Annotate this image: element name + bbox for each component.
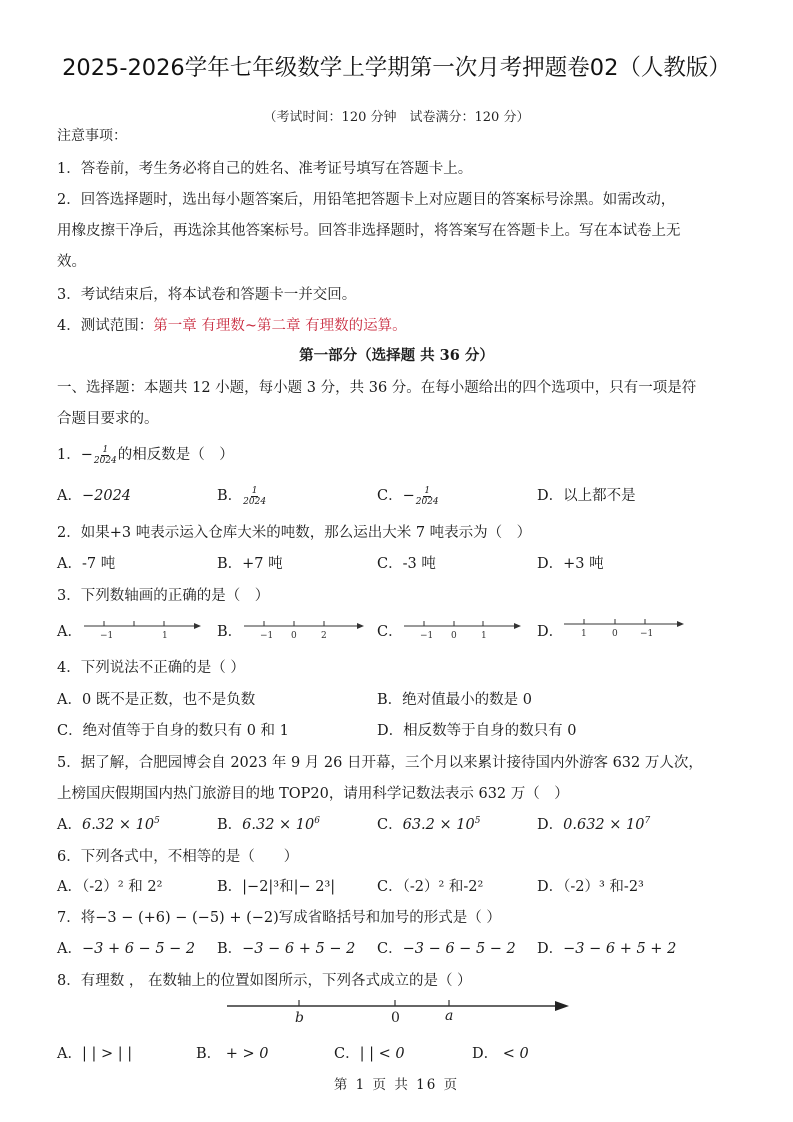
- question-7-stem: 7．将−3 − (+6) − (−5) + (−2)写成省略括号和加号的形式是（…: [57, 906, 501, 927]
- number-line-c: −1 0 1: [402, 616, 527, 644]
- svg-text:−1: −1: [100, 631, 113, 641]
- question-7-option-b: B．−3 − 6 + 5 − 2: [217, 937, 355, 958]
- svg-text:0: 0: [291, 631, 297, 641]
- question-5-stem-2: 上榜国庆假期国内热门旅游目的地 TOP20，请用科学记数法表示 632 万（ ）: [57, 782, 569, 803]
- question-2-option-d: D．+3 吨: [537, 552, 604, 573]
- question-8-option-a: A．| | > | |: [57, 1042, 132, 1063]
- question-3-option-d-label: D．: [537, 620, 563, 641]
- notice-item-3: 3．考试结束后，将本试卷和答题卡一并交回。: [57, 283, 356, 304]
- question-1-option-a: A．−2024: [57, 484, 131, 505]
- svg-text:0: 0: [612, 629, 618, 639]
- axis-label-zero: 0: [391, 1010, 400, 1026]
- question-8-option-c: C．| | < 0: [334, 1042, 405, 1063]
- question-8-option-b: B． + > 0: [196, 1042, 269, 1063]
- svg-text:−1: −1: [640, 629, 653, 639]
- scope-value: 第一章 有理数~第二章 有理数的运算。: [153, 318, 406, 334]
- question-6-option-b: B．|−2|³和|− 2³|: [217, 875, 335, 896]
- question-6-option-c: C．（-2）² 和-2²: [377, 875, 483, 896]
- question-4-option-c: C．绝对值等于自身的数只有 0 和 1: [57, 719, 289, 740]
- question-3-option-c-label: C．: [377, 620, 403, 641]
- question-8-stem: 8．有理数 ， 在数轴上的位置如图所示，下列各式成立的是（ ）: [57, 969, 472, 990]
- page-number: 第 1 页 共 16 页: [0, 1073, 793, 1093]
- notice-heading: 注意事项：: [57, 125, 127, 145]
- question-6-option-a: A．（-2）² 和 2²: [57, 875, 162, 896]
- question-5-option-d: D．0.632 × 107: [537, 813, 650, 834]
- svg-text:1: 1: [162, 631, 168, 641]
- fraction: 12024: [94, 445, 117, 466]
- notice-item-4: 4．测试范围：第一章 有理数~第二章 有理数的运算。: [57, 314, 407, 335]
- question-8-option-d: D． < 0: [472, 1042, 529, 1063]
- question-3-option-a-label: A．: [57, 620, 82, 641]
- question-7-option-d: D．−3 − 6 + 5 + 2: [537, 937, 676, 958]
- notice-item-2-cont: 用橡皮擦干净后，再选涂其他答案标号。回答非选择题时，将答案写在答题卡上。写在本试…: [57, 219, 681, 240]
- svg-text:0: 0: [451, 631, 457, 641]
- number-line-ab: b 0 a: [225, 996, 575, 1028]
- question-5-option-b: B．6.32 × 106: [217, 813, 320, 834]
- question-3-option-b-label: B．: [217, 620, 242, 641]
- svg-text:1: 1: [581, 629, 587, 639]
- question-5-option-a: A．6.32 × 105: [57, 813, 160, 834]
- question-6-option-d: D．（-2）³ 和-2³: [537, 875, 644, 896]
- svg-text:2: 2: [321, 631, 327, 641]
- svg-text:1: 1: [481, 631, 487, 641]
- question-1-option-d: D．以上都不是: [537, 484, 636, 505]
- scope-label: 4．测试范围：: [57, 318, 153, 334]
- question-4-option-a: A．0 既不是正数，也不是负数: [57, 688, 255, 709]
- question-2-option-a: A．-7 吨: [57, 552, 115, 573]
- axis-label-a: a: [445, 1008, 453, 1024]
- exam-title: 2025-2026学年七年级数学上学期第一次月考押题卷02（人教版）: [0, 50, 793, 82]
- question-5-stem-1: 5．据了解，合肥园博会自 2023 年 9 月 26 日开幕，三个月以来累计接待…: [57, 751, 703, 772]
- question-7-option-a: A．−3 + 6 − 5 − 2: [57, 937, 195, 958]
- question-1-stem: 1．−12024的相反数是（ ）: [57, 443, 234, 466]
- notice-item-2: 2．回答选择题时，选出每小题答案后，用铅笔把答题卡上对应题目的答案标号涂黑。如需…: [57, 188, 675, 209]
- exam-subtitle: （考试时间：120 分钟 试卷满分：120 分）: [0, 106, 793, 125]
- question-1-option-b: B．12024: [217, 484, 267, 507]
- section-intro-1: 一、选择题：本题共 12 小题，每小题 3 分，共 36 分。在每小题给出的四个…: [57, 376, 696, 397]
- question-5-option-c: C．63.2 × 105: [377, 813, 480, 834]
- question-4-option-b: B．绝对值最小的数是 0: [377, 688, 532, 709]
- question-3-stem: 3．下列数轴画的正确的是（ ）: [57, 584, 269, 605]
- question-4-option-d: D．相反数等于自身的数只有 0: [377, 719, 576, 740]
- number-line-b: −1 0 2: [242, 616, 367, 644]
- question-1-option-c: C．−12024: [377, 484, 440, 507]
- svg-text:−1: −1: [420, 631, 433, 641]
- question-7-option-c: C．−3 − 6 − 5 − 2: [377, 937, 516, 958]
- number-line-d: 1 0 −1: [562, 614, 687, 642]
- question-2-option-c: C．-3 吨: [377, 552, 436, 573]
- section-intro-2: 合题目要求的。: [57, 407, 159, 428]
- question-2-stem: 2．如果+3 吨表示运入仓库大米的吨数，那么运出大米 7 吨表示为（ ）: [57, 521, 531, 542]
- axis-label-b: b: [295, 1010, 304, 1026]
- notice-item-2-end: 效。: [57, 250, 86, 271]
- number-line-a: −1 1: [82, 616, 202, 644]
- svg-text:−1: −1: [260, 631, 273, 641]
- notice-item-1: 1．答卷前，考生务必将自己的姓名、准考证号填写在答题卡上。: [57, 157, 472, 178]
- section-title: 第一部分（选择题 共 36 分）: [0, 344, 793, 365]
- question-4-stem: 4．下列说法不正确的是（ ）: [57, 656, 245, 677]
- question-2-option-b: B．+7 吨: [217, 552, 283, 573]
- question-6-stem: 6．下列各式中，不相等的是（ ）: [57, 845, 298, 866]
